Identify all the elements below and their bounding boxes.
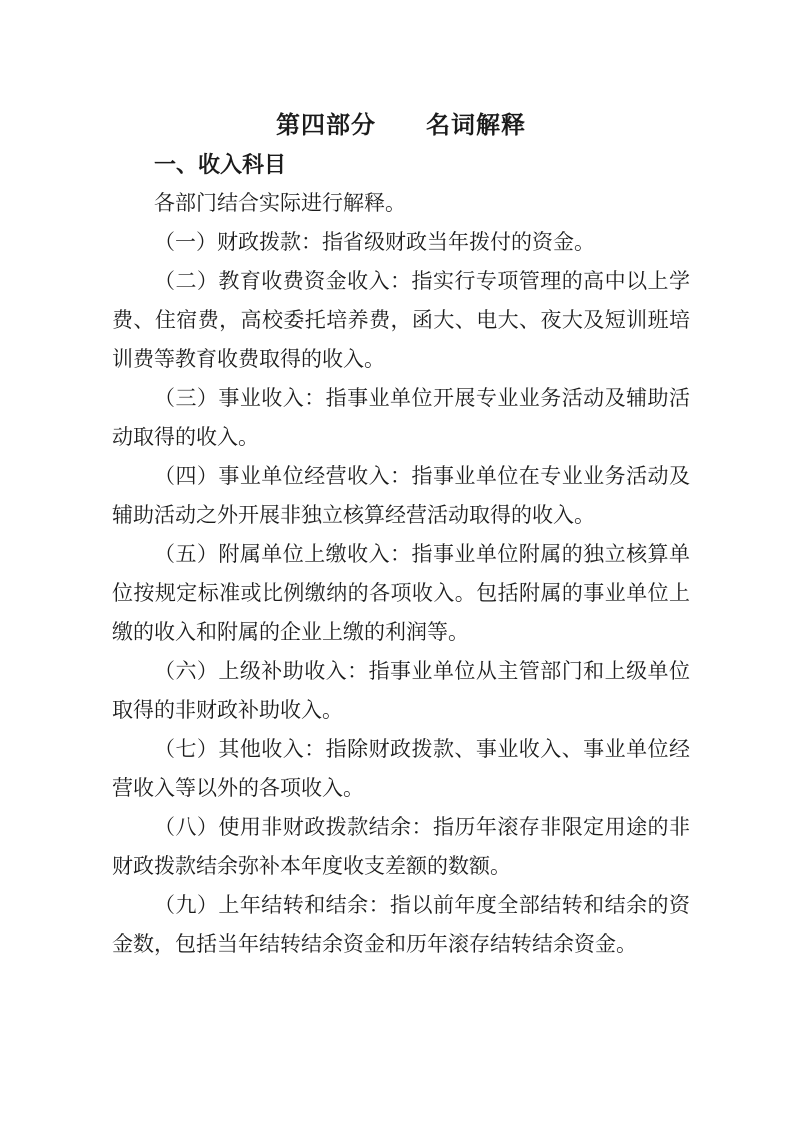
definition-item: （二）教育收费资金收入：指实行专项管理的高中以上学费、住宿费，高校委托培养费，函… xyxy=(112,262,690,379)
definition-term: （四）事业单位经营收入： xyxy=(154,464,412,488)
definition-term: （一）财政拨款： xyxy=(154,230,322,254)
definition-item: （七）其他收入：指除财政拨款、事业收入、事业单位经营收入等以外的各项收入。 xyxy=(112,730,690,808)
definition-term: （八）使用非财政拨款结余： xyxy=(154,815,433,839)
document-title: 第四部分 名词解释 xyxy=(112,106,690,145)
definition-term: （九）上年结转和结余： xyxy=(154,893,390,917)
definition-term: （七）其他收入： xyxy=(154,737,326,761)
intro-paragraph: 各部门结合实际进行解释。 xyxy=(112,184,690,223)
definition-term: （五）附属单位上缴收入： xyxy=(154,542,412,566)
definition-item: （九）上年结转和结余：指以前年度全部结转和结余的资金数，包括当年结转结余资金和历… xyxy=(112,886,690,964)
definition-item: （三）事业收入：指事业单位开展专业业务活动及辅助活动取得的收入。 xyxy=(112,379,690,457)
definition-item: （一）财政拨款：指省级财政当年拨付的资金。 xyxy=(112,223,690,262)
definition-item: （六）上级补助收入：指事业单位从主管部门和上级单位取得的非财政补助收入。 xyxy=(112,652,690,730)
section-heading: 一、收入科目 xyxy=(112,145,690,184)
definition-term: （六）上级补助收入： xyxy=(154,659,369,683)
definition-term: （二）教育收费资金收入： xyxy=(154,269,412,293)
definition-item: （八）使用非财政拨款结余：指历年滚存非限定用途的非财政拨款结余弥补本年度收支差额… xyxy=(112,808,690,886)
document-page: 第四部分 名词解释 一、收入科目 各部门结合实际进行解释。 （一）财政拨款：指省… xyxy=(0,0,793,1123)
definition-item: （四）事业单位经营收入：指事业单位在专业业务活动及辅助活动之外开展非独立核算经营… xyxy=(112,457,690,535)
definition-text: 指省级财政当年拨付的资金。 xyxy=(322,230,595,254)
definition-item: （五）附属单位上缴收入：指事业单位附属的独立核算单位按规定标准或比例缴纳的各项收… xyxy=(112,535,690,652)
definition-term: （三）事业收入： xyxy=(154,386,326,410)
